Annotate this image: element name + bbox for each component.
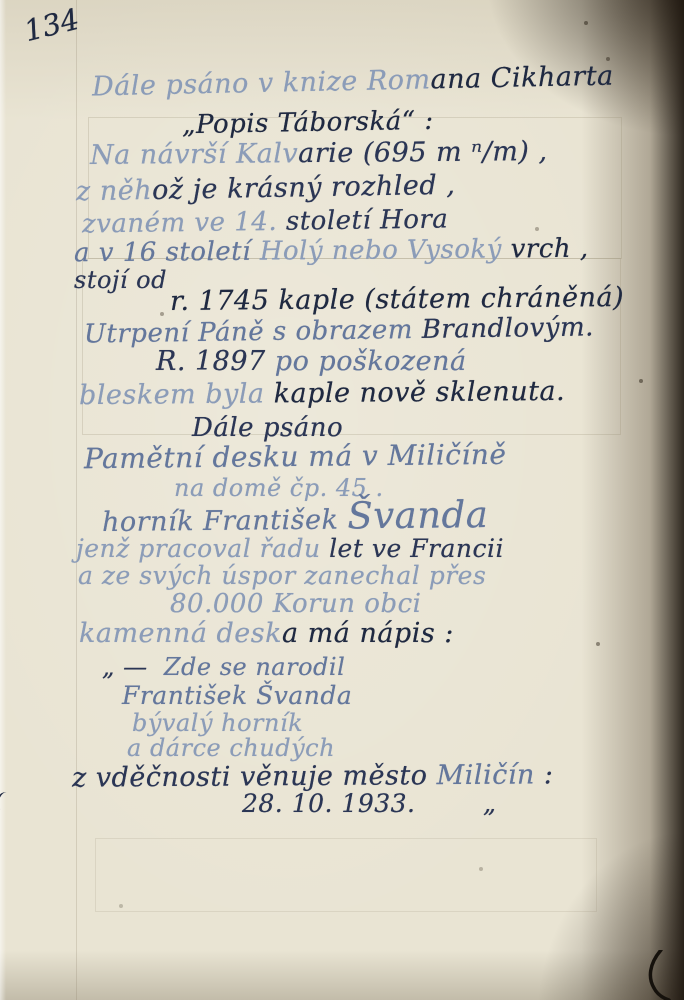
ink-stroke-icon [645, 950, 671, 1000]
text-segment: František Švanda [122, 681, 352, 710]
text-segment: r. 1745 kaple (státem chráněná) [170, 282, 624, 317]
handwritten-line: jenž pracoval řadu let ve Francii [76, 536, 504, 561]
text-segment: a má nápis : [282, 618, 454, 649]
text-segment: kamenná desk [79, 618, 282, 649]
text-segment: Dále psáno v knize Rom [92, 64, 431, 102]
handwritten-line: R. 1897 po poškozená [156, 348, 467, 375]
handwritten-line: Na návrší Kalvarie (695 m ⁿ/m) , [90, 138, 548, 169]
text-segment: stojí od [74, 266, 167, 294]
text-segment: ož je krásný rozhled , [152, 170, 456, 206]
text-segment: 80.000 Korun obci [170, 589, 421, 619]
handwritten-line: a v 16 století Holý nebo Vysoký vrch , [74, 236, 589, 266]
text-segment: arie (695 m ⁿ/m) , [298, 136, 548, 169]
handwritten-line: z vděčnosti věnuje město Miličín : [72, 761, 554, 791]
text-segment: let ve Francii [329, 534, 504, 563]
text-segment: Holý nebo Vysoký [260, 234, 511, 266]
text-segment: Zde se narodil [164, 653, 345, 681]
text-segment: Švanda [347, 493, 488, 537]
handwritten-line: horník František Švanda [102, 496, 489, 537]
text-segment: Utrpení Páně s obrazem [84, 315, 422, 350]
text-segment: Miličín [436, 759, 543, 791]
handwritten-line: 28. 10. 1933. „ [242, 791, 497, 816]
handwritten-line: bleskem byla kaple nově sklenuta. [79, 378, 565, 409]
text-segment: bývalý horník [132, 709, 303, 737]
text-segment: 28. 10. 1933. „ [242, 789, 497, 818]
handwritten-line: zvaném ve 14. století Hora [82, 206, 449, 237]
text-segment: století Hora [286, 204, 449, 236]
text-segment: zvaném ve 14. [82, 207, 286, 240]
text-segment: z něh [76, 175, 153, 207]
handwritten-line: Utrpení Páně s obrazem Brandlovým. [84, 314, 594, 347]
ink-blot [0, 790, 13, 811]
handwritten-line: stojí od [74, 268, 167, 292]
handwritten-line: a ze svých úspor zanechal přes [78, 563, 486, 588]
handwritten-line: z něhož je krásný rozhled , [76, 172, 456, 206]
paste-outline [95, 838, 597, 912]
handwritten-line: „ — Zde se narodil [102, 655, 345, 679]
text-segment: vrch , [511, 234, 589, 265]
text-segment: Pamětní desku má v Miličíně [84, 438, 507, 475]
ink-blot [645, 950, 671, 1000]
paper-speckles [0, 0, 2, 2]
text-segment: po poškozená [275, 346, 467, 377]
handwritten-line: bývalý horník [132, 711, 303, 735]
handwritten-line: r. 1745 kaple (státem chráněná) [170, 284, 624, 315]
handwritten-line: Dále psáno v knize Romana Cikharta [92, 63, 614, 101]
text-segment: a v 16 století [74, 237, 260, 269]
handwritten-line: Pamětní desku má v Miličíně [84, 441, 507, 473]
text-segment: „Popis Táborská“ : [182, 106, 434, 140]
text-segment: a ze svých úspor zanechal přes [78, 561, 486, 590]
handwritten-line: kamenná deska má nápis : [79, 620, 454, 647]
text-segment: jenž pracoval řadu [76, 534, 329, 563]
text-segment: bleskem byla [79, 378, 274, 411]
page-number: 134 [21, 2, 83, 48]
text-segment: ana Cikharta [430, 61, 614, 96]
handwritten-line: „Popis Táborská“ : [182, 108, 434, 138]
notebook-page: 134 Dále psáno v knize Romana Cikharta „… [0, 0, 684, 1000]
text-segment: „ — [102, 653, 164, 681]
text-segment: Brandlovým. [422, 312, 595, 344]
text-segment: a dárce chudých [127, 734, 335, 762]
page-crease-line [76, 0, 77, 1000]
handwritten-line: Dále psáno [192, 415, 343, 441]
handwritten-line: 80.000 Korun obci [170, 591, 421, 617]
text-segment: kaple nově sklenuta. [274, 376, 566, 410]
text-segment: Dále psáno [192, 413, 343, 443]
text-segment: horník František [102, 504, 348, 538]
text-segment: : [544, 759, 554, 790]
handwritten-line: František Švanda [122, 683, 352, 708]
handwritten-line: a dárce chudých [127, 736, 335, 760]
text-segment: Na návrší Kalv [90, 138, 298, 171]
text-segment: R. 1897 [156, 346, 275, 377]
